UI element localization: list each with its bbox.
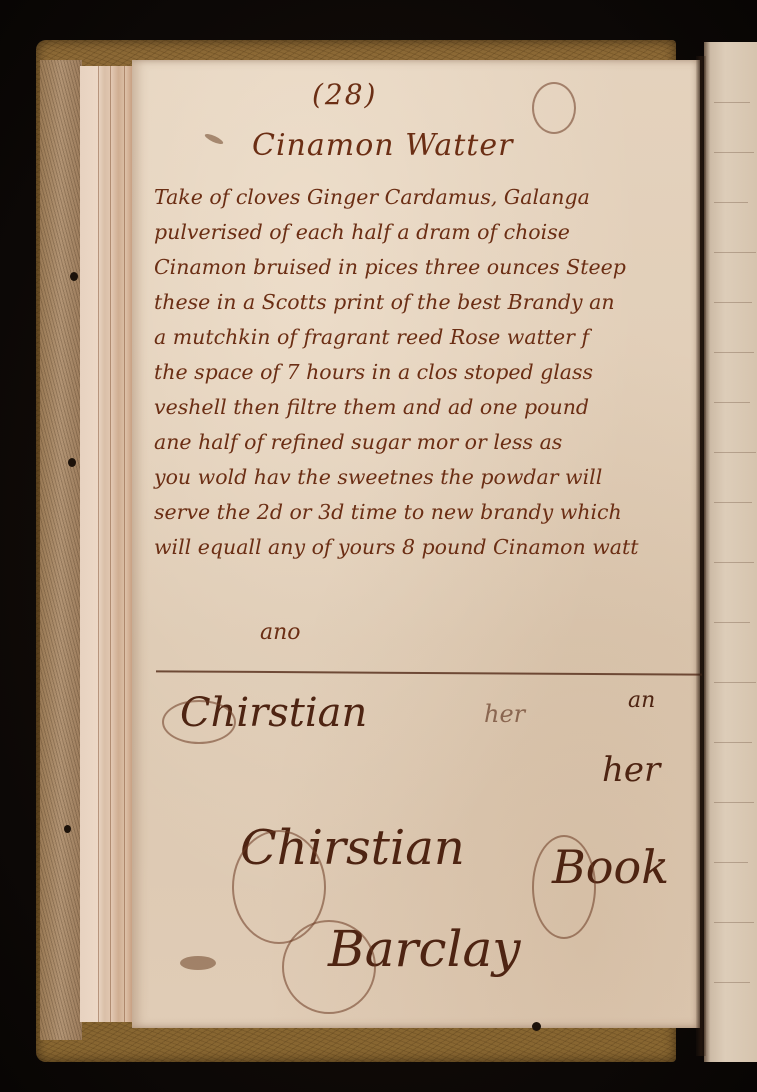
page-number: (28) bbox=[312, 78, 377, 111]
title-flourish bbox=[532, 82, 576, 134]
facing-page bbox=[704, 42, 757, 1062]
recipe-line: pulverised of each half a dram of choise bbox=[154, 215, 704, 250]
recipe-line: a mutchkin of fragrant reed Rose watter … bbox=[154, 320, 704, 355]
cover-spine-edge bbox=[40, 60, 82, 1040]
closing-mark: ano bbox=[260, 620, 301, 645]
manuscript-photo: (28) Cinamon Watter Take of cloves Ginge… bbox=[0, 0, 757, 1092]
binding-hole bbox=[70, 272, 78, 281]
binding-hole bbox=[68, 458, 76, 467]
recipe-line: Take of cloves Ginger Cardamus, Galanga bbox=[154, 180, 704, 215]
recipe-line: you wold hav the sweetnes the powdar wil… bbox=[154, 460, 704, 495]
recipe-line: ane half of refined sugar mor or less as bbox=[154, 425, 704, 460]
signature-flourish bbox=[282, 920, 376, 1014]
recipe-line: Cinamon bruised in pices three ounces St… bbox=[154, 250, 704, 285]
signature-flourish bbox=[532, 835, 596, 939]
paper-hole bbox=[532, 1022, 541, 1031]
signature-her: her bbox=[602, 750, 660, 790]
recipe-body: Take of cloves Ginger Cardamus, Galanga … bbox=[154, 180, 704, 565]
signature-annotation: an bbox=[628, 688, 655, 713]
signature-annotation: her bbox=[484, 700, 525, 728]
recipe-line: serve the 2d or 3d time to new brandy wh… bbox=[154, 495, 704, 530]
section-divider bbox=[156, 670, 702, 675]
ink-stain bbox=[180, 956, 216, 970]
binding-hole bbox=[64, 825, 71, 833]
signature-flourish bbox=[162, 700, 236, 744]
recipe-line: the space of 7 hours in a clos stoped gl… bbox=[154, 355, 704, 390]
recipe-line: veshell then filtre them and ad one poun… bbox=[154, 390, 704, 425]
ink-blot bbox=[204, 132, 225, 146]
manuscript-page: (28) Cinamon Watter Take of cloves Ginge… bbox=[132, 60, 700, 1028]
recipe-line: will equall any of yours 8 pound Cinamon… bbox=[154, 530, 704, 565]
recipe-line: these in a Scotts print of the best Bran… bbox=[154, 285, 704, 320]
recipe-title: Cinamon Watter bbox=[252, 128, 513, 163]
gutter-shadow bbox=[696, 56, 706, 1056]
